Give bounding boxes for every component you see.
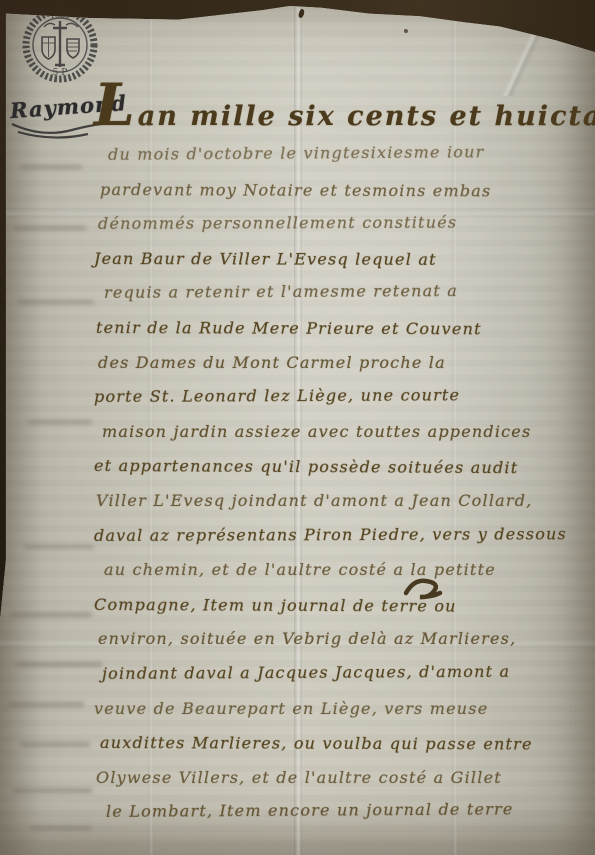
- manuscript-line: le Lombart, Item encore un journal de te…: [94, 792, 580, 830]
- bleedthrough-mark: [10, 612, 92, 617]
- manuscript-line: Viller L'Evesq joindant d'amont a Jean C…: [94, 484, 580, 519]
- bleedthrough-mark: [24, 545, 94, 549]
- manuscript-line: au chemin, et de l'aultre costé a la pet…: [94, 553, 580, 588]
- manuscript-line: tenir de la Rude Mere Prieure et Couvent: [94, 311, 580, 347]
- bleedthrough-mark: [20, 742, 90, 747]
- manuscript-line: maison jardin assieze avec touttes appen…: [94, 415, 580, 450]
- manuscript-line: du mois d'octobre le vingtesixiesme iour: [94, 135, 580, 173]
- manuscript-text-block: Lan mille six cents et huictante cincq d…: [94, 76, 580, 830]
- manuscript-line: daval az représentans Piron Piedre, vers…: [94, 517, 580, 553]
- manuscript-line: Jean Baur de Viller L'Evesq lequel at: [94, 242, 580, 278]
- bleedthrough-mark: [14, 226, 86, 230]
- manuscript-line: et appartenances qu'il possède soituées …: [94, 449, 580, 486]
- seal-value-text: 5 P: [53, 68, 68, 78]
- manuscript-line: Olywese Villers, et de l'aultre costé a …: [94, 761, 580, 796]
- manuscript-line: environ, soituée en Vebrig delà az Marli…: [94, 622, 580, 657]
- manuscript-line: porte St. Leonard lez Liège, une courte: [94, 378, 580, 415]
- manuscript-line: joindant daval a Jacques Jacques, d'amon…: [94, 654, 580, 691]
- manuscript-paper: 1685 5 P Raymond Lan mille six cents et …: [0, 0, 595, 855]
- bleedthrough-mark: [18, 300, 94, 304]
- manuscript-line: pardevant moy Notaire et tesmoins embas: [94, 173, 580, 209]
- manuscript-line: des Dames du Mont Carmel proche la: [94, 346, 580, 381]
- ink-correction-blot: [402, 575, 446, 605]
- manuscript-line: requis a retenir et l'amesme retenat a: [94, 274, 580, 311]
- bleedthrough-mark: [30, 826, 92, 830]
- manuscript-line: Lan mille six cents et huictante cincq: [94, 76, 580, 138]
- paper-blemish: [404, 29, 408, 33]
- bleedthrough-mark: [20, 165, 82, 169]
- bleedthrough-mark: [8, 702, 84, 707]
- bleedthrough-mark: [28, 420, 92, 424]
- bleedthrough-mark: [12, 788, 92, 793]
- bleedthrough-mark: [16, 662, 102, 667]
- manuscript-line: auxdittes Marlieres, ou voulba qui passe…: [94, 726, 580, 762]
- manuscript-line: Compagne, Item un journal de terre ou: [94, 588, 580, 625]
- paper-blemish: [298, 8, 306, 18]
- manuscript-line: dénommés personnellement constitués: [94, 205, 580, 241]
- manuscript-line: veuve de Beaurepart en Liège, vers meuse: [94, 692, 580, 727]
